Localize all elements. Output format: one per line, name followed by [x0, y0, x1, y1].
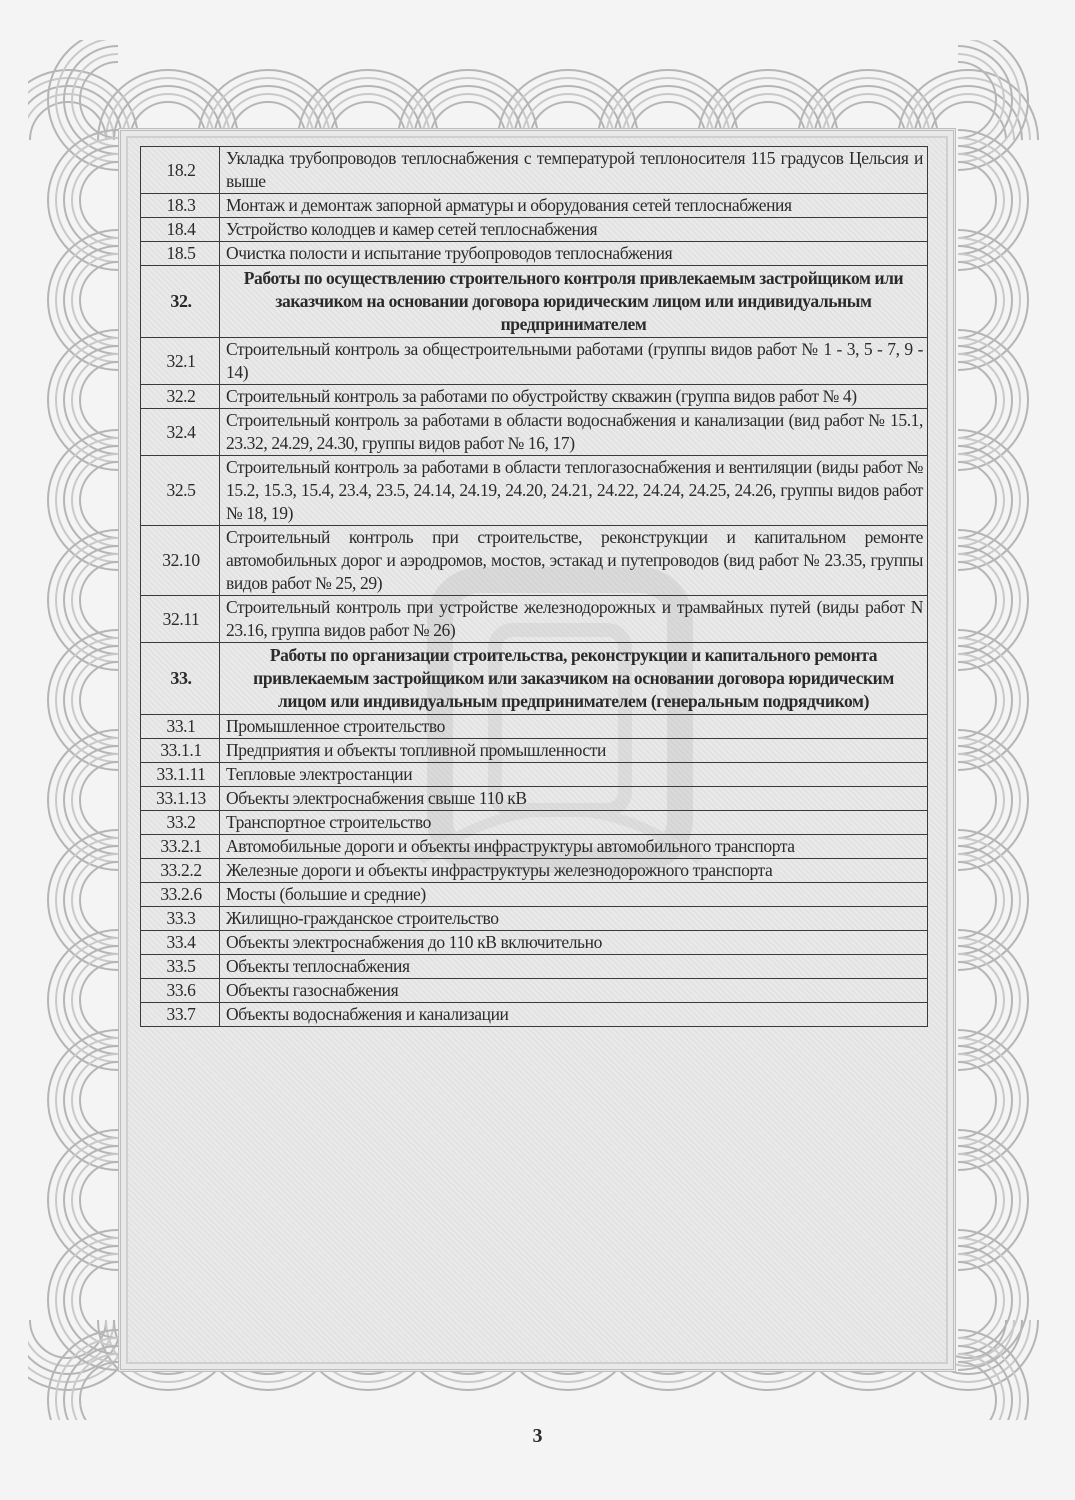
table-row: 33.1.13Объекты электроснабжения свыше 11…: [141, 787, 928, 811]
work-code: 18.4: [141, 218, 220, 242]
work-description: Монтаж и демонтаж запорной арматуры и об…: [220, 194, 928, 218]
table-row: 33.4Объекты электроснабжения до 110 кВ в…: [141, 931, 928, 955]
table-row: 33.1.11Тепловые электростанции: [141, 763, 928, 787]
work-description: Строительный контроль за работами в обла…: [220, 409, 928, 456]
work-description: Жилищно-гражданское строительство: [220, 907, 928, 931]
table-row: 33.2.2Железные дороги и объекты инфрастр…: [141, 859, 928, 883]
table-row: 32.2Строительный контроль за работами по…: [141, 385, 928, 409]
work-code: 33.2.2: [141, 859, 220, 883]
work-code: 33.1.11: [141, 763, 220, 787]
work-description: Транспортное строительство: [220, 811, 928, 835]
work-code: 33.1: [141, 715, 220, 739]
works-table: 18.2Укладка трубопроводов теплоснабжения…: [140, 146, 928, 1027]
work-description: Объекты газоснабжения: [220, 979, 928, 1003]
work-code: 18.3: [141, 194, 220, 218]
table-row: 33.5Объекты теплоснабжения: [141, 955, 928, 979]
table-row: 33.1Промышленное строительство: [141, 715, 928, 739]
work-code: 33.2.6: [141, 883, 220, 907]
table-row: 33.7Объекты водоснабжения и канализации: [141, 1003, 928, 1027]
work-description: Строительный контроль за общестроительны…: [220, 338, 928, 385]
work-description: Автомобильные дороги и объекты инфрастру…: [220, 835, 928, 859]
table-row: 32.11Строительный контроль при устройств…: [141, 596, 928, 643]
work-description: Объекты электроснабжения до 110 кВ включ…: [220, 931, 928, 955]
work-description: Тепловые электростанции: [220, 763, 928, 787]
works-table-body: 18.2Укладка трубопроводов теплоснабжения…: [141, 147, 928, 1027]
table-row: 18.5Очистка полости и испытание трубопро…: [141, 242, 928, 266]
work-description: Строительный контроль при строительстве,…: [220, 526, 928, 596]
table-row: 32.4Строительный контроль за работами в …: [141, 409, 928, 456]
work-code: 33.1.1: [141, 739, 220, 763]
work-code: 33.2: [141, 811, 220, 835]
table-row: 18.4Устройство колодцев и камер сетей те…: [141, 218, 928, 242]
work-code: 33.5: [141, 955, 220, 979]
table-row: 32.5Строительный контроль за работами в …: [141, 456, 928, 526]
table-row: 33.3Жилищно-гражданское строительство: [141, 907, 928, 931]
section-header-row: 32.Работы по осуществлению строительного…: [141, 266, 928, 338]
section-title: Работы по осуществлению строительного ко…: [220, 266, 928, 338]
work-description: Объекты водоснабжения и канализации: [220, 1003, 928, 1027]
work-code: 32.2: [141, 385, 220, 409]
work-code: 32.11: [141, 596, 220, 643]
work-code: 33.4: [141, 931, 220, 955]
section-title: Работы по организации строительства, рек…: [220, 643, 928, 715]
work-code: 32.: [141, 266, 220, 338]
work-description: Очистка полости и испытание трубопроводо…: [220, 242, 928, 266]
work-code: 33.6: [141, 979, 220, 1003]
work-description: Укладка трубопроводов теплоснабжения с т…: [220, 147, 928, 194]
work-code: 33.3: [141, 907, 220, 931]
work-description: Строительный контроль за работами по обу…: [220, 385, 928, 409]
work-code: 33.2.1: [141, 835, 220, 859]
work-code: 18.5: [141, 242, 220, 266]
work-code: 32.5: [141, 456, 220, 526]
work-description: Объекты электроснабжения свыше 110 кВ: [220, 787, 928, 811]
page-number: 3: [0, 1425, 1075, 1448]
table-row: 18.3Монтаж и демонтаж запорной арматуры …: [141, 194, 928, 218]
work-description: Предприятия и объекты топливной промышле…: [220, 739, 928, 763]
work-description: Объекты теплоснабжения: [220, 955, 928, 979]
section-header-row: 33.Работы по организации строительства, …: [141, 643, 928, 715]
table-row: 32.10Строительный контроль при строитель…: [141, 526, 928, 596]
table-row: 18.2Укладка трубопроводов теплоснабжения…: [141, 147, 928, 194]
work-code: 33.1.13: [141, 787, 220, 811]
table-row: 33.2Транспортное строительство: [141, 811, 928, 835]
work-code: 18.2: [141, 147, 220, 194]
work-code: 33.7: [141, 1003, 220, 1027]
work-description: Устройство колодцев и камер сетей теплос…: [220, 218, 928, 242]
work-description: Строительный контроль за работами в обла…: [220, 456, 928, 526]
table-row: 33.2.6Мосты (большие и средние): [141, 883, 928, 907]
work-code: 32.4: [141, 409, 220, 456]
table-row: 32.1Строительный контроль за общестроите…: [141, 338, 928, 385]
work-code: 32.10: [141, 526, 220, 596]
table-row: 33.6Объекты газоснабжения: [141, 979, 928, 1003]
work-code: 32.1: [141, 338, 220, 385]
work-description: Промышленное строительство: [220, 715, 928, 739]
work-description: Строительный контроль при устройстве жел…: [220, 596, 928, 643]
table-row: 33.1.1Предприятия и объекты топливной пр…: [141, 739, 928, 763]
work-description: Мосты (большие и средние): [220, 883, 928, 907]
work-description: Железные дороги и объекты инфраструктуры…: [220, 859, 928, 883]
table-row: 33.2.1Автомобильные дороги и объекты инф…: [141, 835, 928, 859]
work-code: 33.: [141, 643, 220, 715]
